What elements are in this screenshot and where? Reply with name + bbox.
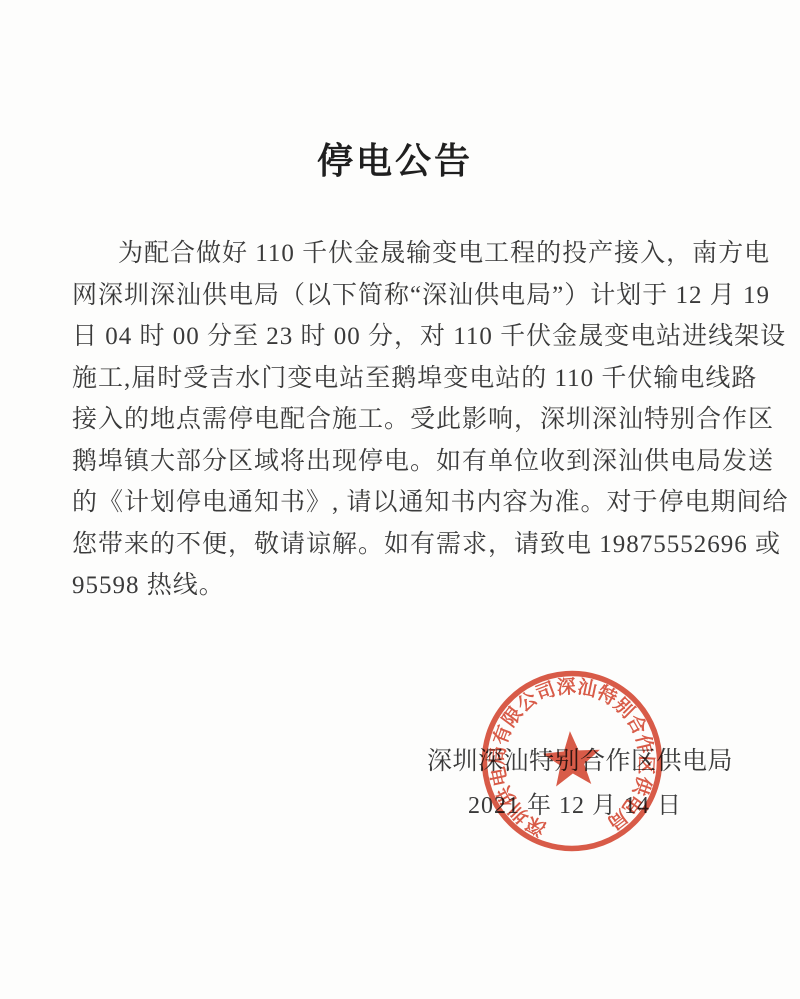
body-line: 95598 热线。 [72,565,744,607]
notice-body: 为配合做好 110 千伏金晟输变电工程的投产接入，南方电 网深圳深汕供电局（以下… [72,233,744,607]
notice-title: 停电公告 [0,133,790,184]
body-line: 施工,届时受吉水门变电站至鹅埠变电站的 110 千伏输电线路 [72,358,744,400]
star-icon [541,729,602,787]
official-seal-stamp: 深圳供电局有限公司深汕特别合作区供电局 [473,662,672,861]
body-line: 网深圳深汕供电局（以下简称“深汕供电局”）计划于 12 月 19 [72,275,744,317]
body-line: 您带来的不便，敬请谅解。如有需求，请致电 19875552696 或 [72,524,744,566]
body-line: 的《计划停电通知书》, 请以通知书内容为准。对于停电期间给 [72,482,744,524]
body-line: 为配合做好 110 千伏金晟输变电工程的投产接入，南方电 [72,233,744,275]
body-line: 接入的地点需停电配合施工。受此影响，深圳深汕特别合作区 [72,399,744,441]
body-line: 日 04 时 00 分至 23 时 00 分，对 110 千伏金晟变电站进线架设 [72,316,744,358]
body-line: 鹅埠镇大部分区域将出现停电。如有单位收到深汕供电局发送 [72,441,744,483]
notice-page: 停电公告 为配合做好 110 千伏金晟输变电工程的投产接入，南方电 网深圳深汕供… [0,0,800,999]
